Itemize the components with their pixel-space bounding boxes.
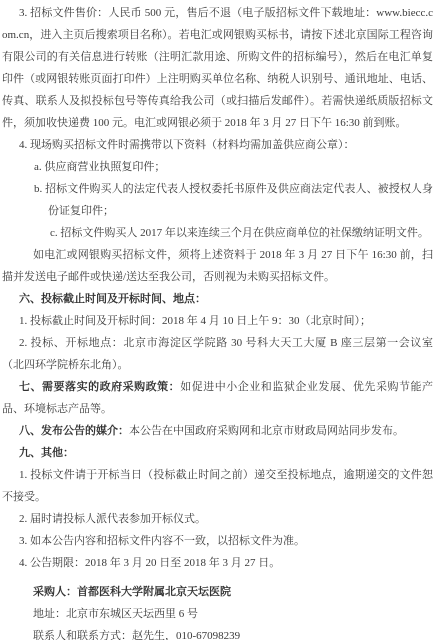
paragraph-text: 2. 届时请投标人派代表参加开标仪式。	[19, 513, 206, 525]
paragraph-text: 地址：北京市东城区天坛西里 6 号	[33, 608, 198, 620]
other-item-1: 1. 投标文件请于开标当日（投标截止时间之前）递交至投标地点，逾期递交的文件恕不…	[2, 464, 433, 508]
section-8-media-paragraph: 八、发布公告的媒介：本公告在中国政府采购网和北京市财政局网站同步发布。	[2, 420, 433, 442]
onsite-purchase-materials-paragraph: 4. 现场购买招标文件时需携带以下资料（材料均需加盖供应商公章）：	[2, 134, 433, 156]
purchaser-info-block: 采购人：首都医科大学附属北京天坛医院 地址：北京市东城区天坛西里 6 号 联系人…	[2, 581, 433, 640]
paragraph-text: 1. 投标文件请于开标当日（投标截止时间之前）递交至投标地点，逾期递交的文件恕不…	[2, 469, 433, 503]
section-heading-text: 六、投标截止时间及开标时间、地点：	[19, 293, 206, 305]
remittance-note-paragraph: 如电汇或网银购买招标文件，须将上述资料于 2018 年 3 月 27 日下午 1…	[2, 244, 433, 288]
other-item-2: 2. 届时请投标人派代表参加开标仪式。	[2, 508, 433, 530]
sub-item-b: b. 招标文件购买人的法定代表人授权委托书原件及供应商法定代表人、被授权人身份证…	[2, 178, 433, 222]
other-item-3: 3. 如本公告内容和招标文件内容不一致，以招标文件为准。	[2, 530, 433, 552]
address-line: 地址：北京市东城区天坛西里 6 号	[2, 603, 433, 625]
paragraph-text: 2. 投标、开标地点：北京市海淀区学院路 30 号科大天工大厦 B 座三层第一会…	[2, 337, 433, 371]
paragraph-text: 4. 公告期限：2018 年 3 月 20 日至 2018 年 3 月 27 日…	[19, 557, 280, 569]
section-heading-text: 八、发布公告的媒介：	[19, 425, 129, 437]
tender-doc-price-paragraph: 3. 招标文件售价：人民币 500 元，售后不退（电子版招标文件下载地址：www…	[2, 2, 433, 134]
paragraph-text: 如电汇或网银购买招标文件，须将上述资料于 2018 年 3 月 27 日下午 1…	[2, 249, 433, 283]
paragraph-text: 本公告在中国政府采购网和北京市财政局网站同步发布。	[129, 425, 404, 437]
contact-line: 联系人和联系方式：赵先生，010-67098239	[2, 625, 433, 640]
bid-deadline-item: 1. 投标截止时间及开标时间：2018 年 4 月 10 日上午 9：30（北京…	[2, 310, 433, 332]
other-item-4-announcement-period: 4. 公告期限：2018 年 3 月 20 日至 2018 年 3 月 27 日…	[2, 552, 433, 574]
section-heading-text: 九、其他：	[19, 447, 74, 459]
sub-item-a: a. 供应商营业执照复印件；	[2, 156, 433, 178]
paragraph-text: 联系人和联系方式：赵先生，010-67098239	[33, 630, 240, 640]
section-6-heading: 六、投标截止时间及开标时间、地点：	[2, 288, 433, 310]
sub-item-c: c. 招标文件购买人 2017 年以来连续三个月在供应商单位的社保缴纳证明文件。	[2, 222, 433, 244]
purchaser-name-text: 采购人：首都医科大学附属北京天坛医院	[33, 586, 231, 598]
section-7-policy-paragraph: 七、需要落实的政府采购政策：如促进中小企业和监狱企业发展、优先采购节能产品、环境…	[2, 376, 433, 420]
paragraph-text: c. 招标文件购买人 2017 年以来连续三个月在供应商单位的社保缴纳证明文件。	[50, 227, 429, 239]
purchaser-line: 采购人：首都医科大学附属北京天坛医院	[2, 581, 433, 603]
paragraph-text: 1. 投标截止时间及开标时间：2018 年 4 月 10 日上午 9：30（北京…	[19, 315, 371, 327]
paragraph-text: 4. 现场购买招标文件时需携带以下资料（材料均需加盖供应商公章）：	[19, 139, 355, 151]
paragraph-text: 3. 招标文件售价：人民币 500 元，售后不退（电子版招标文件下载地址：www…	[2, 7, 433, 129]
section-9-heading: 九、其他：	[2, 442, 433, 464]
document-page: 3. 招标文件售价：人民币 500 元，售后不退（电子版招标文件下载地址：www…	[0, 0, 436, 640]
section-heading-text: 七、需要落实的政府采购政策：	[19, 381, 180, 393]
paragraph-text: a. 供应商营业执照复印件；	[34, 161, 165, 173]
bid-opening-location-item: 2. 投标、开标地点：北京市海淀区学院路 30 号科大天工大厦 B 座三层第一会…	[2, 332, 433, 376]
paragraph-text: 3. 如本公告内容和招标文件内容不一致，以招标文件为准。	[19, 535, 305, 547]
paragraph-text: b. 招标文件购买人的法定代表人授权委托书原件及供应商法定代表人、被授权人身份证…	[34, 183, 433, 217]
